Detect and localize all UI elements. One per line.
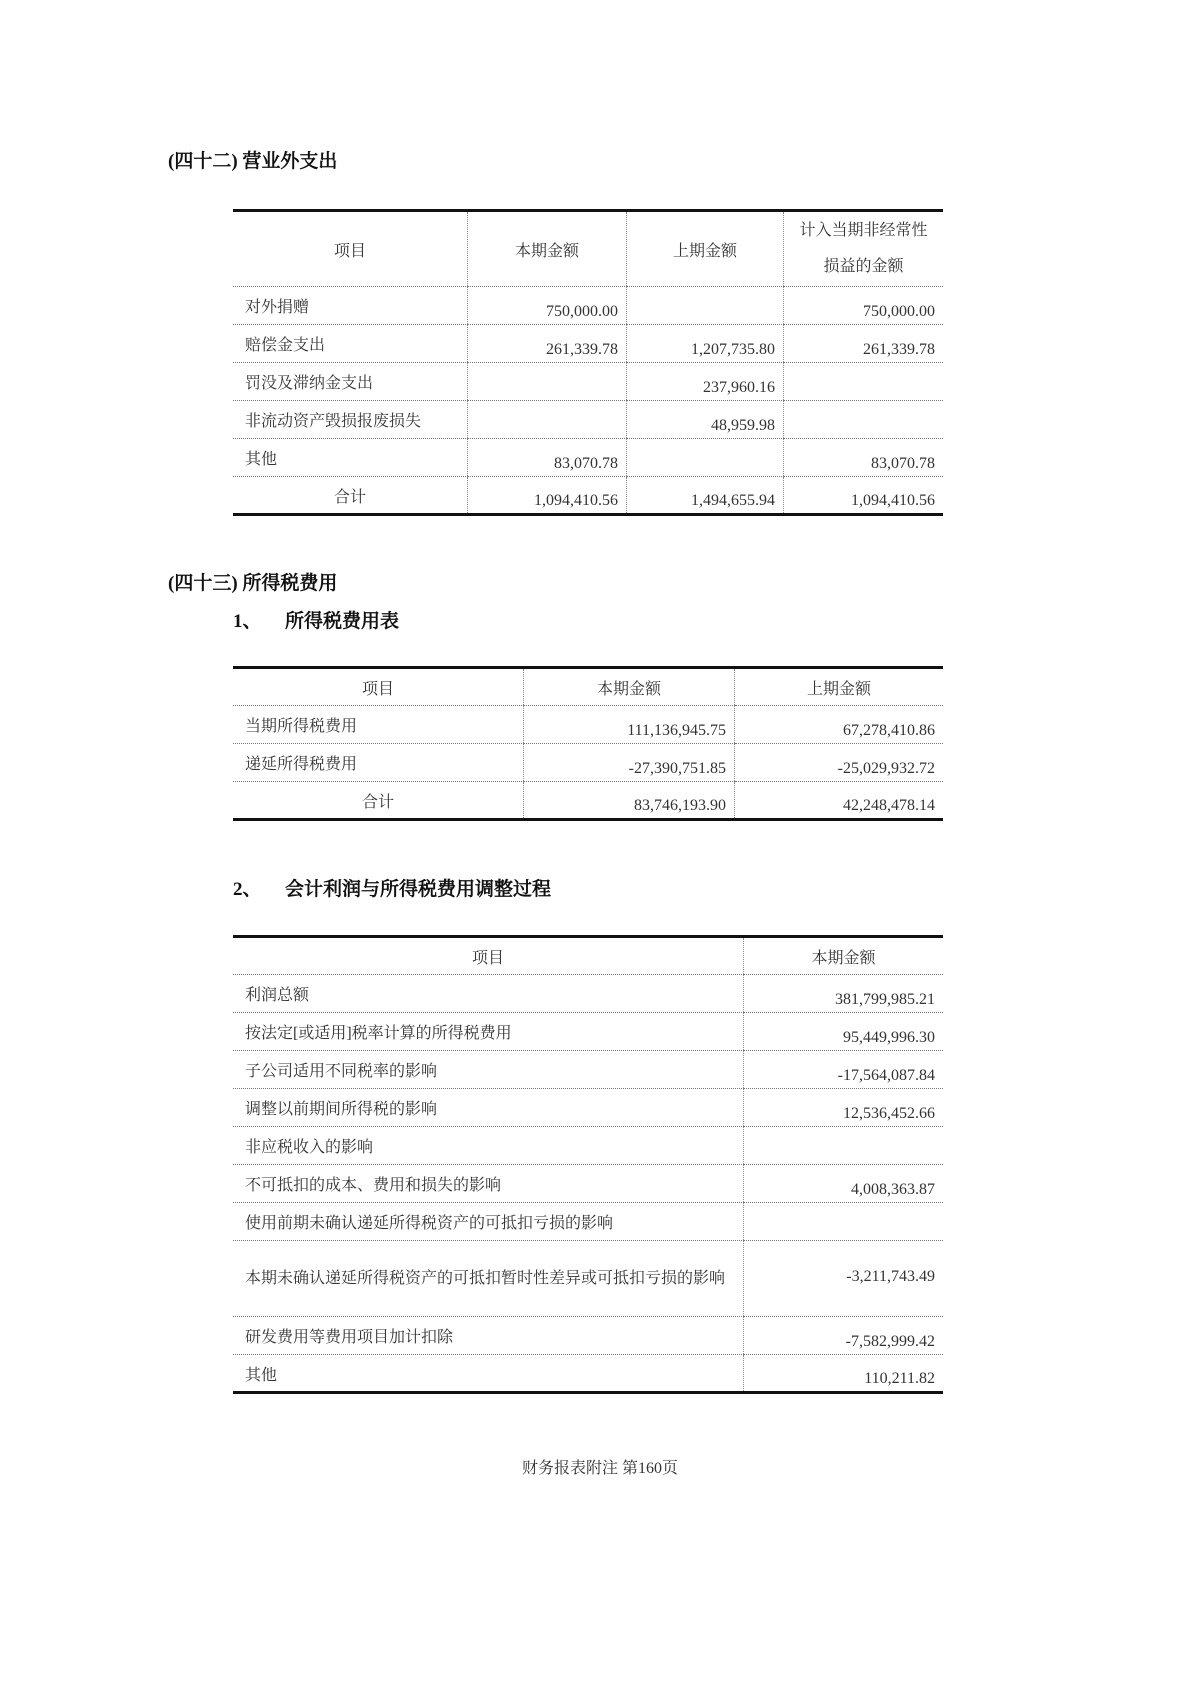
table-header-row: 项目 本期金额	[233, 937, 943, 975]
row-current: -17,564,087.84	[744, 1051, 944, 1089]
table-header-row: 项目 本期金额 上期金额	[233, 668, 943, 706]
row-prior: 67,278,410.86	[735, 706, 944, 744]
subsection-2-title: 2、会计利润与所得税费用调整过程	[233, 874, 551, 901]
header-current: 本期金额	[524, 668, 735, 706]
row-item: 利润总额	[233, 975, 744, 1013]
row-item: 赔偿金支出	[233, 325, 468, 363]
table-row: 赔偿金支出 261,339.78 1,207,735.80 261,339.78	[233, 325, 943, 363]
row-item: 使用前期未确认递延所得税资产的可抵扣亏损的影响	[233, 1203, 744, 1241]
income-tax-expense-table: 项目 本期金额 上期金额 当期所得税费用 111,136,945.75 67,2…	[233, 666, 943, 821]
table-row: 按法定[或适用]税率计算的所得税费用 95,449,996.30	[233, 1013, 943, 1051]
row-current: -3,211,743.49	[744, 1241, 944, 1317]
row-current	[468, 363, 627, 401]
table-row: 其他 110,211.82	[233, 1355, 943, 1393]
table-row: 当期所得税费用 111,136,945.75 67,278,410.86	[233, 706, 943, 744]
row-prior: 48,959.98	[627, 401, 784, 439]
row-current: 95,449,996.30	[744, 1013, 944, 1051]
row-item: 不可抵扣的成本、费用和损失的影响	[233, 1165, 744, 1203]
total-nonrecurring: 1,094,410.56	[784, 477, 944, 515]
table-total-row: 合计 83,746,193.90 42,248,478.14	[233, 782, 943, 820]
row-current	[468, 401, 627, 439]
row-prior: -25,029,932.72	[735, 744, 944, 782]
total-label: 合计	[233, 782, 524, 820]
header-prior: 上期金额	[627, 211, 784, 287]
row-current: 12,536,452.66	[744, 1089, 944, 1127]
row-current: 4,008,363.87	[744, 1165, 944, 1203]
total-prior: 1,494,655.94	[627, 477, 784, 515]
row-item: 其他	[233, 1355, 744, 1393]
table-row: 研发费用等费用项目加计扣除 -7,582,999.42	[233, 1317, 943, 1355]
row-nonrecurring	[784, 401, 944, 439]
header-nonrecurring-line1: 计入当期非经常性	[792, 213, 935, 249]
row-prior: 1,207,735.80	[627, 325, 784, 363]
row-item: 研发费用等费用项目加计扣除	[233, 1317, 744, 1355]
row-item: 罚没及滞纳金支出	[233, 363, 468, 401]
total-current: 1,094,410.56	[468, 477, 627, 515]
row-item: 非流动资产毁损报废损失	[233, 401, 468, 439]
row-current: 111,136,945.75	[524, 706, 735, 744]
non-operating-expenses-table: 项目 本期金额 上期金额 计入当期非经常性 损益的金额 对外捐赠 750,000…	[233, 209, 943, 516]
section-43-title: (四十三) 所得税费用	[168, 568, 337, 595]
row-current: 110,211.82	[744, 1355, 944, 1393]
row-item: 非应税收入的影响	[233, 1127, 744, 1165]
table-row: 其他 83,070.78 83,070.78	[233, 439, 943, 477]
table-total-row: 合计 1,094,410.56 1,494,655.94 1,094,410.5…	[233, 477, 943, 515]
header-nonrecurring: 计入当期非经常性 损益的金额	[784, 211, 944, 287]
header-current: 本期金额	[468, 211, 627, 287]
table-row: 使用前期未确认递延所得税资产的可抵扣亏损的影响	[233, 1203, 943, 1241]
total-label: 合计	[233, 477, 468, 515]
row-item: 本期未确认递延所得税资产的可抵扣暂时性差异或可抵扣亏损的影响	[233, 1241, 744, 1317]
tax-reconciliation-table: 项目 本期金额 利润总额 381,799,985.21 按法定[或适用]税率计算…	[233, 935, 943, 1394]
header-nonrecurring-line2: 损益的金额	[792, 249, 935, 285]
header-current: 本期金额	[744, 937, 944, 975]
subsection-1-text: 所得税费用表	[285, 611, 399, 632]
table-row: 罚没及滞纳金支出 237,960.16	[233, 363, 943, 401]
row-nonrecurring	[784, 363, 944, 401]
header-item: 项目	[233, 211, 468, 287]
table-row: 递延所得税费用 -27,390,751.85 -25,029,932.72	[233, 744, 943, 782]
row-nonrecurring: 261,339.78	[784, 325, 944, 363]
header-item: 项目	[233, 668, 524, 706]
row-current: 750,000.00	[468, 287, 627, 325]
row-current	[744, 1203, 944, 1241]
row-current: 381,799,985.21	[744, 975, 944, 1013]
row-nonrecurring: 83,070.78	[784, 439, 944, 477]
row-item: 子公司适用不同税率的影响	[233, 1051, 744, 1089]
row-item: 调整以前期间所得税的影响	[233, 1089, 744, 1127]
row-current: 261,339.78	[468, 325, 627, 363]
subsection-2-text: 会计利润与所得税费用调整过程	[285, 879, 551, 900]
subsection-2-number: 2、	[233, 874, 285, 901]
header-item: 项目	[233, 937, 744, 975]
subsection-1-title: 1、所得税费用表	[233, 606, 399, 633]
table-row: 利润总额 381,799,985.21	[233, 975, 943, 1013]
row-item: 递延所得税费用	[233, 744, 524, 782]
row-item: 其他	[233, 439, 468, 477]
row-current: -7,582,999.42	[744, 1317, 944, 1355]
table-row: 对外捐赠 750,000.00 750,000.00	[233, 287, 943, 325]
total-prior: 42,248,478.14	[735, 782, 944, 820]
section-42-title: (四十二) 营业外支出	[168, 146, 337, 173]
table-row: 不可抵扣的成本、费用和损失的影响 4,008,363.87	[233, 1165, 943, 1203]
row-nonrecurring: 750,000.00	[784, 287, 944, 325]
row-prior	[627, 439, 784, 477]
row-current: -27,390,751.85	[524, 744, 735, 782]
table-row: 非流动资产毁损报废损失 48,959.98	[233, 401, 943, 439]
row-item: 对外捐赠	[233, 287, 468, 325]
row-prior	[627, 287, 784, 325]
header-prior: 上期金额	[735, 668, 944, 706]
table-row: 非应税收入的影响	[233, 1127, 943, 1165]
row-current	[744, 1127, 944, 1165]
page-footer: 财务报表附注 第160页	[0, 1455, 1200, 1478]
table-row: 本期未确认递延所得税资产的可抵扣暂时性差异或可抵扣亏损的影响 -3,211,74…	[233, 1241, 943, 1317]
table-row: 子公司适用不同税率的影响 -17,564,087.84	[233, 1051, 943, 1089]
table-header-row: 项目 本期金额 上期金额 计入当期非经常性 损益的金额	[233, 211, 943, 287]
row-prior: 237,960.16	[627, 363, 784, 401]
subsection-1-number: 1、	[233, 606, 285, 633]
total-current: 83,746,193.90	[524, 782, 735, 820]
row-current: 83,070.78	[468, 439, 627, 477]
row-item: 按法定[或适用]税率计算的所得税费用	[233, 1013, 744, 1051]
row-item: 当期所得税费用	[233, 706, 524, 744]
table-row: 调整以前期间所得税的影响 12,536,452.66	[233, 1089, 943, 1127]
